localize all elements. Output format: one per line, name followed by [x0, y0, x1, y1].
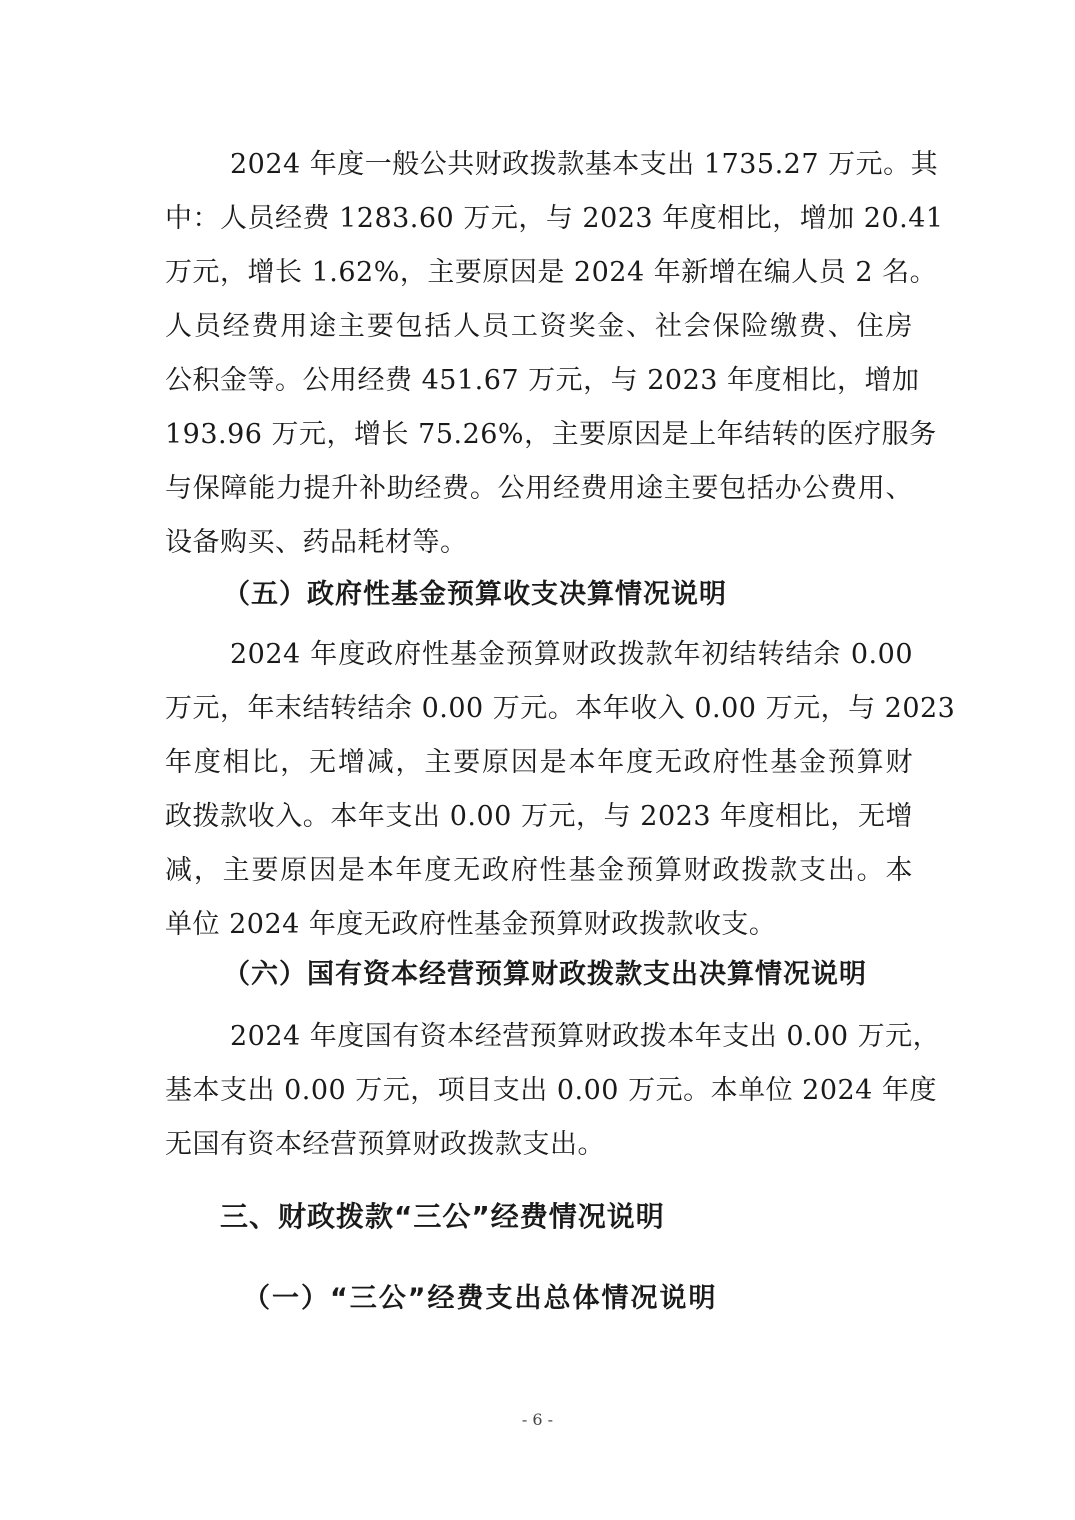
paragraph-line: 万元，增长 1.62%，主要原因是 2024 年新增在编人员 2 名。 — [165, 256, 913, 290]
paragraph-line: 无国有资本经营预算财政拨款支出。 — [165, 1128, 913, 1162]
document-page: 2024 年度一般公共财政拨款基本支出 1735.27 万元。其 中：人员经费 … — [0, 0, 1075, 1520]
paragraph-line: 设备购买、药品耗材等。 — [165, 526, 913, 560]
paragraph-line: 中：人员经费 1283.60 万元，与 2023 年度相比，增加 20.41 — [165, 202, 913, 236]
paragraph-line: 与保障能力提升补助经费。公用经费用途主要包括办公费用、 — [165, 472, 913, 506]
paragraph-line: 2024 年度国有资本经营预算财政拨本年支出 0.00 万元， — [230, 1020, 913, 1054]
paragraph-line: 2024 年度政府性基金预算财政拨款年初结转结余 0.00 — [230, 638, 913, 672]
paragraph-line: 万元，年末结转结余 0.00 万元。本年收入 0.00 万元，与 2023 — [165, 692, 913, 726]
paragraph-line: 人员经费用途主要包括人员工资奖金、社会保险缴费、住房 — [165, 310, 913, 344]
section-title-three-public: 三、财政拨款“三公”经费情况说明 — [220, 1200, 665, 1234]
paragraph-line: 政拨款收入。本年支出 0.00 万元，与 2023 年度相比，无增 — [165, 800, 913, 834]
subheading-three-public-overview: （一）“三公”经费支出总体情况说明 — [243, 1282, 718, 1316]
paragraph-line: 减，主要原因是本年度无政府性基金预算财政拨款支出。本 — [165, 854, 913, 888]
paragraph-line: 193.96 万元，增长 75.26%，主要原因是上年结转的医疗服务 — [165, 418, 913, 452]
paragraph-line: 年度相比，无增减，主要原因是本年度无政府性基金预算财 — [165, 746, 913, 780]
paragraph-line: 2024 年度一般公共财政拨款基本支出 1735.27 万元。其 — [230, 148, 913, 182]
page-number: - 6 - — [0, 1410, 1075, 1429]
section-heading-state-capital: （六）国有资本经营预算财政拨款支出决算情况说明 — [223, 958, 867, 992]
paragraph-line: 公积金等。公用经费 451.67 万元，与 2023 年度相比，增加 — [165, 364, 913, 398]
paragraph-line: 单位 2024 年度无政府性基金预算财政拨款收支。 — [165, 908, 913, 942]
section-heading-gov-fund: （五）政府性基金预算收支决算情况说明 — [223, 578, 727, 612]
paragraph-line: 基本支出 0.00 万元，项目支出 0.00 万元。本单位 2024 年度 — [165, 1074, 913, 1108]
